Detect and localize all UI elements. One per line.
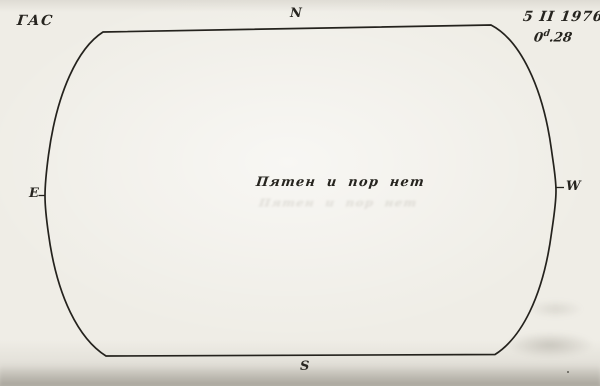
time-fraction: .28 <box>548 30 573 45</box>
west-label: W <box>566 180 581 193</box>
ghost-note: Пятен и пор нет <box>258 198 418 209</box>
east-label: E <box>29 187 39 200</box>
disk-drawing <box>0 0 600 386</box>
no-spots-note: Пятен и пор нет <box>255 176 425 189</box>
time-label: 0d.28 <box>533 30 573 44</box>
date-label: 5 II 1976 <box>522 10 600 24</box>
disk-outline <box>45 25 556 356</box>
observation-sheet: ГАС 5 II 1976 0d.28 N S E W Пятен и пор … <box>0 0 600 386</box>
south-label: S <box>300 360 309 373</box>
scan-speck <box>567 371 569 373</box>
north-label: N <box>290 7 302 20</box>
station-label: ГАС <box>16 14 54 28</box>
